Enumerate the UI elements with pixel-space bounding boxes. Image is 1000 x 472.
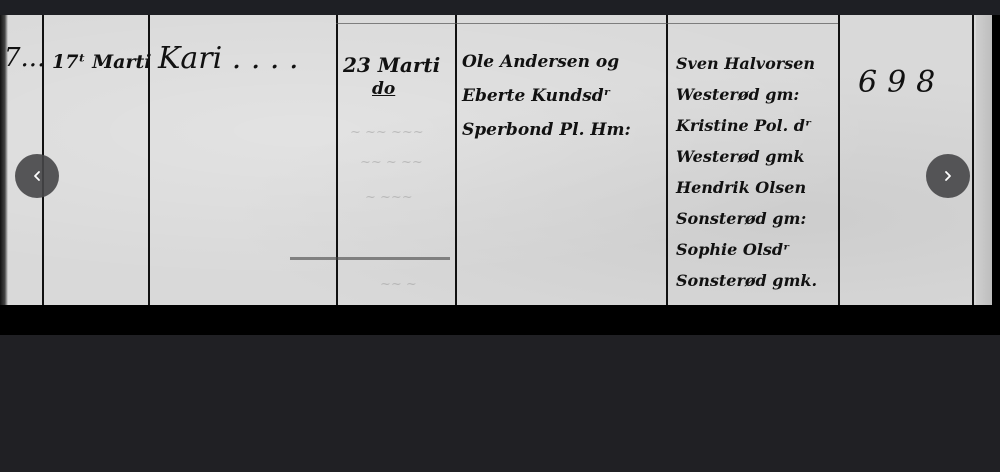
birth-date: 17ᵗ Marti bbox=[52, 51, 151, 73]
row-rule bbox=[336, 23, 838, 24]
next-image-button[interactable] bbox=[926, 154, 970, 198]
column-rule bbox=[972, 15, 974, 305]
bleed-through-text: ~~ ~ ~~ bbox=[360, 155, 423, 170]
parents-line: Eberte Kundsdʳ bbox=[462, 79, 611, 113]
previous-image-button[interactable] bbox=[15, 154, 59, 198]
empty-background-area bbox=[0, 335, 1000, 472]
sponsors-line: Westerød gmk bbox=[676, 141, 804, 172]
bleed-through-text: ~~ ~ bbox=[380, 277, 417, 292]
baptism-date-ditto: do bbox=[372, 79, 395, 99]
reference-number: 698 bbox=[858, 65, 945, 100]
bleed-through-text: ~ ~~ ~~~ bbox=[350, 125, 424, 140]
sponsors-line: Westerød gm: bbox=[676, 79, 799, 110]
column-rule bbox=[336, 15, 338, 305]
parents-line: Sperbond Pl. Hm: bbox=[462, 113, 631, 147]
column-rule bbox=[838, 15, 840, 305]
sponsors-line: Hendrik Olsen bbox=[676, 172, 806, 203]
scanned-register-image[interactable]: ~ ~~ ~~~ ~~ ~ ~~ ~ ~~~ ~~ ~ 7... 17ᵗ Mar… bbox=[0, 15, 992, 305]
top-bar bbox=[0, 0, 1000, 15]
chevron-right-icon bbox=[942, 170, 954, 182]
sponsors-line: Sven Halvorsen bbox=[676, 48, 815, 79]
column-rule bbox=[666, 15, 668, 305]
ink-smudge bbox=[290, 257, 450, 260]
child-name: Kari . . . . bbox=[158, 41, 299, 76]
sponsors-line: Kristine Pol. dʳ bbox=[676, 110, 812, 141]
page-edge-right bbox=[976, 15, 992, 305]
bleed-through-text: ~ ~~~ bbox=[365, 190, 413, 205]
sponsors-line: Sonsterød gmk. bbox=[676, 265, 817, 296]
sponsors-line: Sophie Olsdʳ bbox=[676, 234, 790, 265]
sponsors-line: Sonsterød gm: bbox=[676, 203, 806, 234]
column-rule bbox=[455, 15, 457, 305]
baptism-date: 23 Marti bbox=[343, 53, 440, 77]
chevron-left-icon bbox=[31, 170, 43, 182]
image-viewer: ~ ~~ ~~~ ~~ ~ ~~ ~ ~~~ ~~ ~ 7... 17ᵗ Mar… bbox=[0, 15, 1000, 335]
entry-number: 7... bbox=[4, 43, 45, 73]
parents-line: Ole Andersen og bbox=[462, 45, 619, 79]
